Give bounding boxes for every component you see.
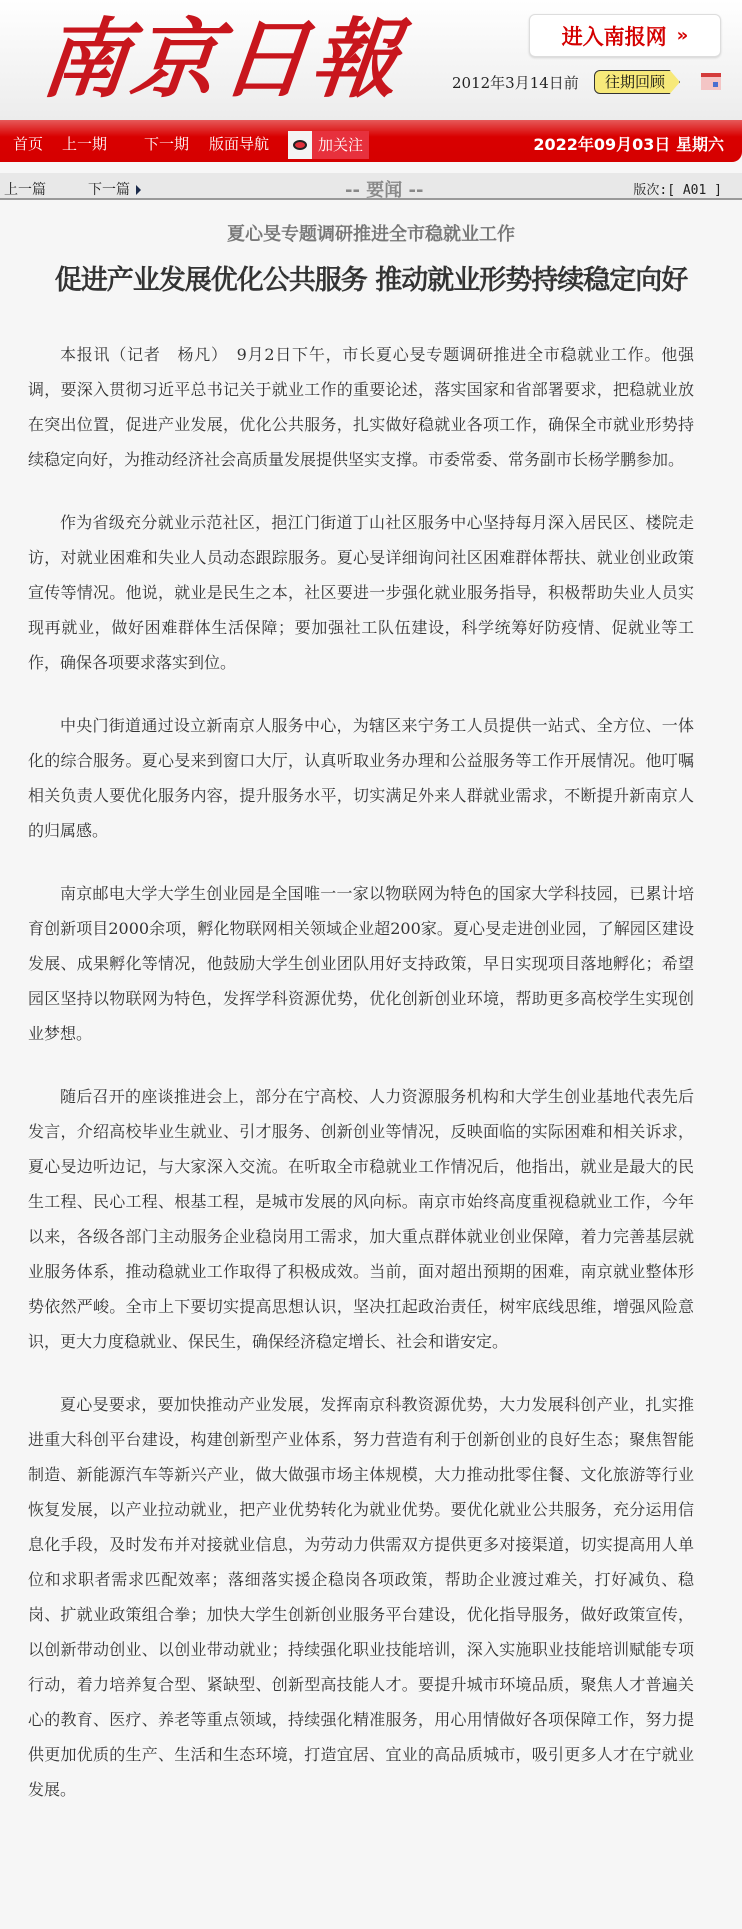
double-chevron-right-icon: » — [677, 25, 689, 46]
archive-note: 2012年3月14日前 — [452, 72, 579, 93]
article-kicker: 夏心旻专题调研推进全市稳就业工作 — [0, 220, 742, 246]
enter-site-button[interactable]: 进入南报网 » — [529, 14, 721, 57]
follow-label: 加关注 — [312, 131, 369, 159]
article-paragraph: 中央门街道通过设立新南京人服务中心，为辖区来宁务工人员提供一站式、全方位、一体化… — [28, 708, 694, 848]
article-paragraph: 南京邮电大学大学生创业园是全国唯一一家以物联网为特色的国家大学科技园，已累计培育… — [28, 876, 694, 1051]
issue-date: 2022年09月03日 星期六 — [533, 132, 724, 155]
article-body: 本报讯（记者 杨凡） 9月2日下午，市长夏心旻专题调研推进全市稳就业工作。他强调… — [0, 337, 742, 1807]
article-paragraph: 随后召开的座谈推进会上，部分在宁高校、人力资源服务机构和大学生创业基地代表先后发… — [28, 1079, 694, 1359]
article-headline: 促进产业发展优化公共服务 推动就业形势持续稳定向好 — [0, 258, 742, 297]
nav-home[interactable]: 首页 — [13, 133, 43, 154]
enter-site-label: 进入南报网 — [562, 21, 667, 51]
nav-prev-issue[interactable]: 上一期 — [62, 133, 107, 154]
nav-next-issue[interactable]: 下一期 — [144, 133, 189, 154]
weibo-icon — [288, 131, 312, 159]
main-nav: 首页 上一期 下一期 版面导航 加关注 2022年09月03日 星期六 — [0, 120, 742, 162]
prev-article-link[interactable]: 上一篇 — [4, 179, 46, 199]
newspaper-logo[interactable]: 南京日報 — [37, 10, 408, 110]
weibo-follow-button[interactable]: 加关注 — [288, 131, 369, 159]
article-paragraph: 本报讯（记者 杨凡） 9月2日下午，市长夏心旻专题调研推进全市稳就业工作。他强调… — [28, 337, 694, 477]
article-paragraph: 作为省级充分就业示范社区，挹江门街道丁山社区服务中心坚持每月深入居民区、楼院走访… — [28, 505, 694, 680]
masthead: 南京日報 进入南报网 » 2012年3月14日前 往期回顾 — [0, 0, 742, 120]
article: 夏心旻专题调研推进全市稳就业工作 促进产业发展优化公共服务 推动就业形势持续稳定… — [0, 220, 742, 1895]
triangle-right-icon — [136, 185, 141, 195]
section-title: -- 要闻 -- — [345, 176, 423, 202]
article-paragraph: 夏心旻要求，要加快推动产业发展，发挥南京科教资源优势，大力发展科创产业，扎实推进… — [28, 1387, 694, 1807]
calendar-icon[interactable] — [701, 73, 721, 90]
next-article-label: 下一篇 — [88, 182, 130, 198]
page-number: 版次:[ A01 ] — [633, 179, 722, 198]
archive-button[interactable]: 往期回顾 — [594, 70, 680, 94]
nav-page-navigation[interactable]: 版面导航 — [209, 133, 269, 154]
next-article-link[interactable]: 下一篇 — [88, 179, 141, 199]
article-nav: 上一篇 下一篇 -- 要闻 -- 版次:[ A01 ] — [0, 162, 742, 200]
